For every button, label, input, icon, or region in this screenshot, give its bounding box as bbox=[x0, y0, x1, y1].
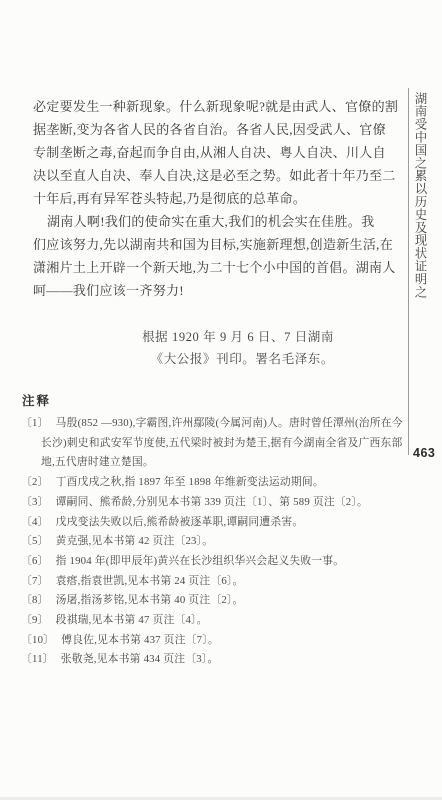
note-text: 谭嗣同、熊希龄,分别见本书第 339 页注〔1〕、第 589 页注〔2〕。 bbox=[56, 496, 368, 508]
margin-divider-line bbox=[408, 88, 409, 455]
note-line: 〔7〕袁瘩,指袁世凯,见本书第 24 页注〔6〕。 bbox=[21, 572, 413, 592]
note-line: 〔8〕汤屠,指汤芗铭,见本书第 40 页注〔2〕。 bbox=[21, 591, 413, 611]
note-line: 〔2〕丁酉戊戌之秋,指 1897 年至 1898 年维新变法运动期间。 bbox=[21, 473, 413, 493]
note-number: 〔2〕 bbox=[21, 476, 49, 488]
note-number: 〔10〕 bbox=[21, 634, 54, 646]
note-line: 〔10〕傅良佐,见本书第 437 页注〔7〕。 bbox=[21, 631, 413, 651]
note-number: 〔9〕 bbox=[21, 614, 49, 626]
notes-list: 〔1〕马殷(852 —930),字霸图,许州鄢陵(今属河南)人。唐时曾任潭州(治… bbox=[21, 414, 413, 670]
article-body: 必定要发生一种新现象。什么新现象呢?就是由武人、官僚的割据垄断,变为各省人民的各… bbox=[33, 95, 407, 302]
article-text-line: 必定要发生一种新现象。什么新现象呢?就是由武人、官僚的割 bbox=[33, 95, 407, 118]
note-text: 袁瘩,指袁世凯,见本书第 24 页注〔6〕。 bbox=[56, 575, 244, 587]
note-line: 长沙)刺史和武安军节度使,五代梁时被封为楚王,据有今湖南全省及广西东部 bbox=[21, 434, 413, 454]
note-text: 马殷(852 —930),字霸图,许州鄢陵(今属河南)人。唐时曾任潭州(治所在今 bbox=[56, 417, 403, 429]
article-text-line: 呵——我们应该一齐努力! bbox=[33, 279, 407, 302]
note-line: 〔3〕谭嗣同、熊希龄,分别见本书第 339 页注〔1〕、第 589 页注〔2〕。 bbox=[21, 493, 413, 513]
attribution-line-1: 根据 1920 年 9 月 6 日、7 日湖南 bbox=[142, 326, 334, 348]
note-line: 地,五代唐时建立楚国。 bbox=[21, 453, 413, 473]
note-line: 〔1〕马殷(852 —930),字霸图,许州鄢陵(今属河南)人。唐时曾任潭州(治… bbox=[21, 414, 413, 434]
note-text: 段祺瑞,见本书第 47 页注〔4〕。 bbox=[56, 614, 208, 626]
source-attribution: 根据 1920 年 9 月 6 日、7 日湖南 《大公报》刊印。署名毛泽东。 bbox=[142, 326, 334, 370]
article-text-line: 专制垄断之毒,奋起而争自由,从湘人自决、粤人自决、川人自 bbox=[33, 141, 407, 164]
notes-section-title: 注释 bbox=[22, 391, 51, 409]
note-line: 〔4〕戊戌变法失败以后,熊希龄被逐革职,谭嗣同遭杀害。 bbox=[21, 513, 413, 533]
note-number: 〔11〕 bbox=[21, 653, 54, 665]
note-line: 〔5〕黄克强,见本书第 42 页注〔23〕。 bbox=[21, 532, 413, 552]
margin-article-title: 湖南受中国之累以历史及现状证明之 bbox=[411, 92, 429, 312]
note-line: 〔9〕段祺瑞,见本书第 47 页注〔4〕。 bbox=[21, 611, 413, 631]
note-text: 傅良佐,见本书第 437 页注〔7〕。 bbox=[61, 634, 219, 646]
note-number: 〔6〕 bbox=[21, 555, 49, 567]
note-text: 汤屠,指汤芗铭,见本书第 40 页注〔2〕。 bbox=[56, 594, 244, 606]
article-text-line: 们应该努力,先以湖南共和国为目标,实施新理想,创造新生活,在 bbox=[33, 233, 407, 256]
note-text: 长沙)刺史和武安军节度使,五代梁时被封为楚王,据有今湖南全省及广西东部 bbox=[41, 437, 403, 449]
note-number: 〔8〕 bbox=[21, 594, 49, 606]
attribution-line-2: 《大公报》刊印。署名毛泽东。 bbox=[142, 348, 334, 370]
note-number: 〔1〕 bbox=[21, 417, 49, 429]
note-text: 戊戌变法失败以后,熊希龄被逐革职,谭嗣同遭杀害。 bbox=[56, 516, 304, 528]
note-text: 地,五代唐时建立楚国。 bbox=[41, 456, 154, 468]
page-number: 463 bbox=[413, 446, 435, 460]
note-text: 黄克强,见本书第 42 页注〔23〕。 bbox=[56, 535, 214, 547]
note-number: 〔7〕 bbox=[21, 575, 49, 587]
article-text-line: 十年后,再有异军苍头特起,乃是彻底的总革命。 bbox=[33, 187, 407, 210]
note-number: 〔5〕 bbox=[21, 535, 49, 547]
article-text-line: 据垄断,变为各省人民的各省自治。各省人民,因受武人、官僚 bbox=[33, 118, 407, 141]
note-number: 〔3〕 bbox=[21, 496, 49, 508]
article-text-line: 湖南人啊!我们的使命实在重大,我们的机会实在佳胜。我 bbox=[33, 210, 407, 233]
book-page: 必定要发生一种新现象。什么新现象呢?就是由武人、官僚的割据垄断,变为各省人民的各… bbox=[0, 0, 442, 800]
article-text-line: 潇湘片土上开辟一个新天地,为二十七个小中国的首倡。湖南人 bbox=[33, 256, 407, 279]
note-text: 指 1904 年(即甲辰年)黄兴在长沙组织华兴会起义失败一事。 bbox=[56, 555, 345, 567]
article-text-line: 决以至直人自决、奉人自决,这是必至之势。如此者十年乃至二 bbox=[33, 164, 407, 187]
note-number: 〔4〕 bbox=[21, 516, 49, 528]
note-line: 〔6〕指 1904 年(即甲辰年)黄兴在长沙组织华兴会起义失败一事。 bbox=[21, 552, 413, 572]
note-line: 〔11〕张敬尧,见本书第 434 页注〔3〕。 bbox=[21, 650, 413, 670]
note-text: 丁酉戊戌之秋,指 1897 年至 1898 年维新变法运动期间。 bbox=[56, 476, 324, 488]
note-text: 张敬尧,见本书第 434 页注〔3〕。 bbox=[61, 653, 219, 665]
